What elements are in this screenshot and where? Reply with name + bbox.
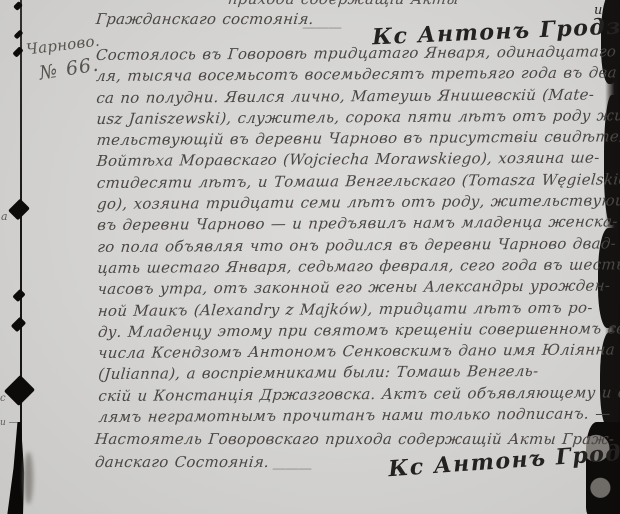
binding-ink-blot <box>4 375 35 406</box>
margin-record-number: № 66. <box>38 53 101 84</box>
closing-flourish-dash: ——— <box>272 461 311 477</box>
edge-fragment-left: а <box>1 210 8 223</box>
record-closing-line-2: данскаго Состоянія. <box>94 453 270 471</box>
previous-record-flourish-dash: ——— <box>302 20 341 36</box>
edge-fragment-top-right: и <box>594 3 602 18</box>
binding-ink-blot <box>8 199 30 221</box>
previous-record-cutoff-line: прихода содержащій Акты <box>227 0 460 8</box>
edge-fragment-left: и — <box>0 418 18 428</box>
document-page: прихода содержащій Акты Гражданскаго сос… <box>0 0 620 514</box>
binding-ink-blot <box>11 317 27 333</box>
edge-fragment-left: с <box>0 393 6 404</box>
record-body: Состоялось въ Говоровѣ тридцатаго Января… <box>95 41 613 428</box>
record-line: часовъ утра, отъ законной его жены Алекс… <box>97 276 614 301</box>
record-line: въ деревни Чарново — и предъявилъ намъ м… <box>96 212 613 237</box>
binding-smudge <box>24 452 33 504</box>
binding-ink-blot <box>12 289 25 302</box>
record-line: ля, тысяча восемьсотъ восемьдесятъ треть… <box>95 63 612 88</box>
record-line: лямъ неграмотнымъ прочитанъ нами только … <box>98 403 615 428</box>
previous-record-closing-line: Гражданскаго состоянія. <box>95 10 315 28</box>
